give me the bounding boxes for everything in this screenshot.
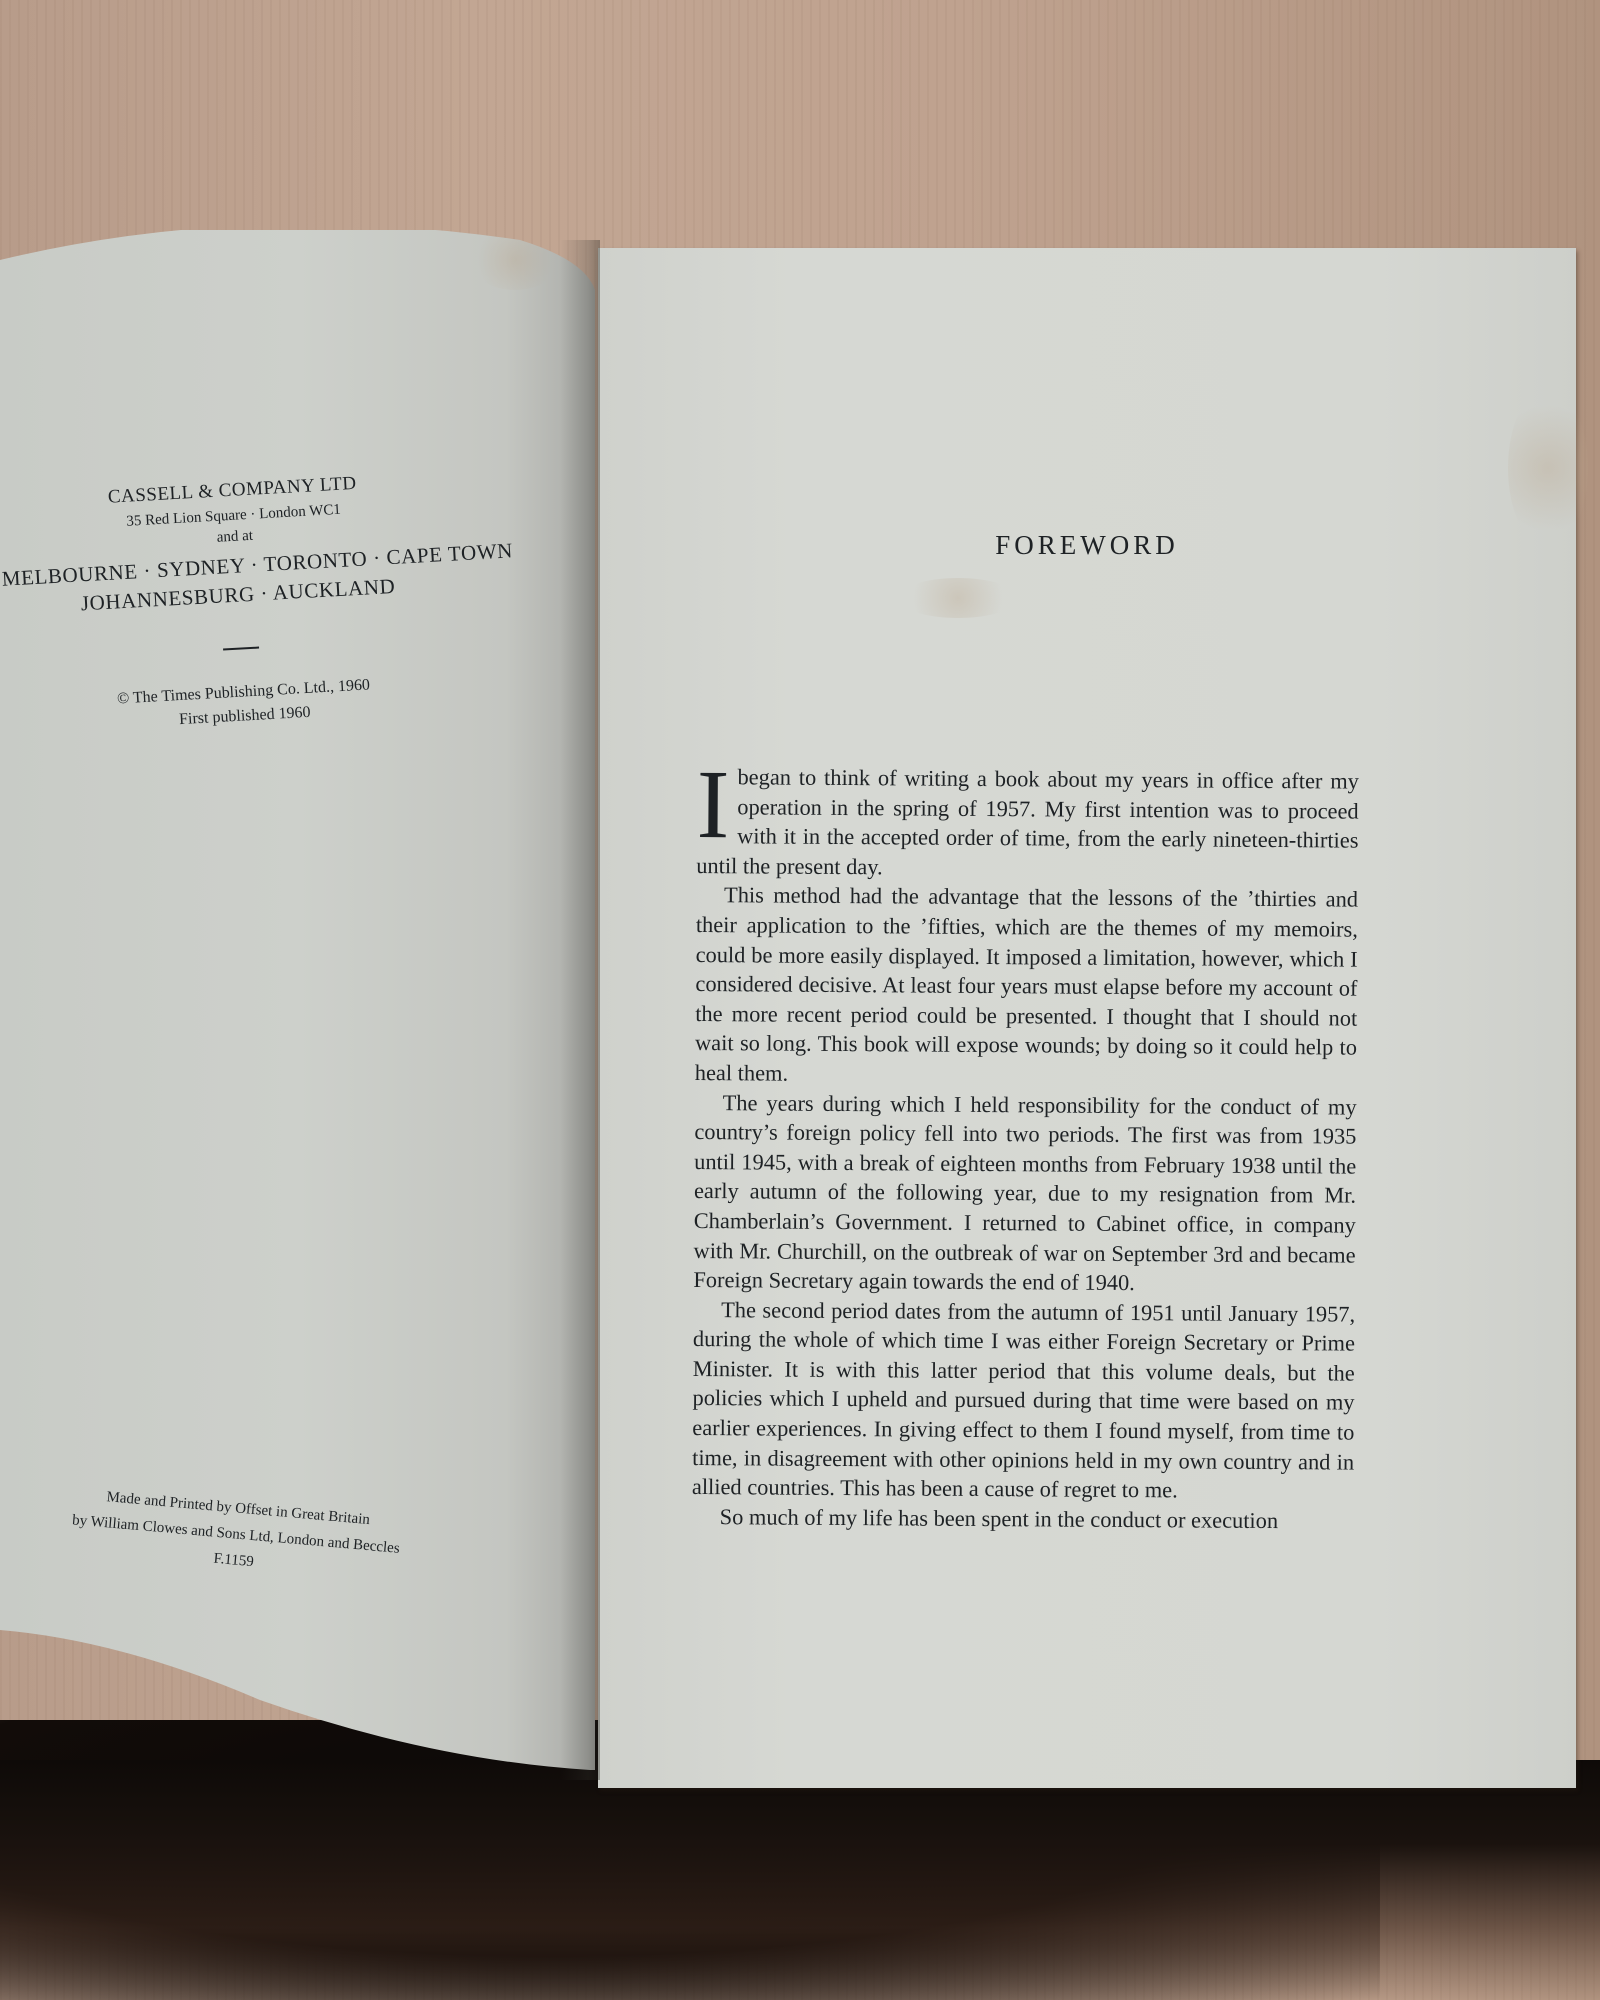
publisher-imprint: CASSELL & COMPANY LTD 35 Red Lion Square… (0, 467, 480, 738)
divider-rule (223, 647, 259, 651)
paragraph-text: began to think of writing a book about m… (696, 764, 1359, 879)
book-bottom-edge (0, 1760, 1600, 2000)
drop-cap: I (696, 766, 729, 850)
paper-stain (898, 578, 1018, 618)
foreword-body: I began to think of writing a book about… (692, 762, 1359, 1536)
paragraph: This method had the advantage that the l… (695, 880, 1358, 1092)
paragraph: I began to think of writing a book about… (696, 762, 1359, 885)
paragraph: So much of my life has been spent in the… (692, 1502, 1354, 1536)
paragraph: The years during which I held responsibi… (693, 1088, 1356, 1300)
book-spine-gutter (560, 240, 600, 1780)
page-title: FOREWORD (598, 530, 1576, 561)
paper-stain (1508, 388, 1588, 548)
paragraph: The second period dates from the autumn … (692, 1295, 1355, 1507)
